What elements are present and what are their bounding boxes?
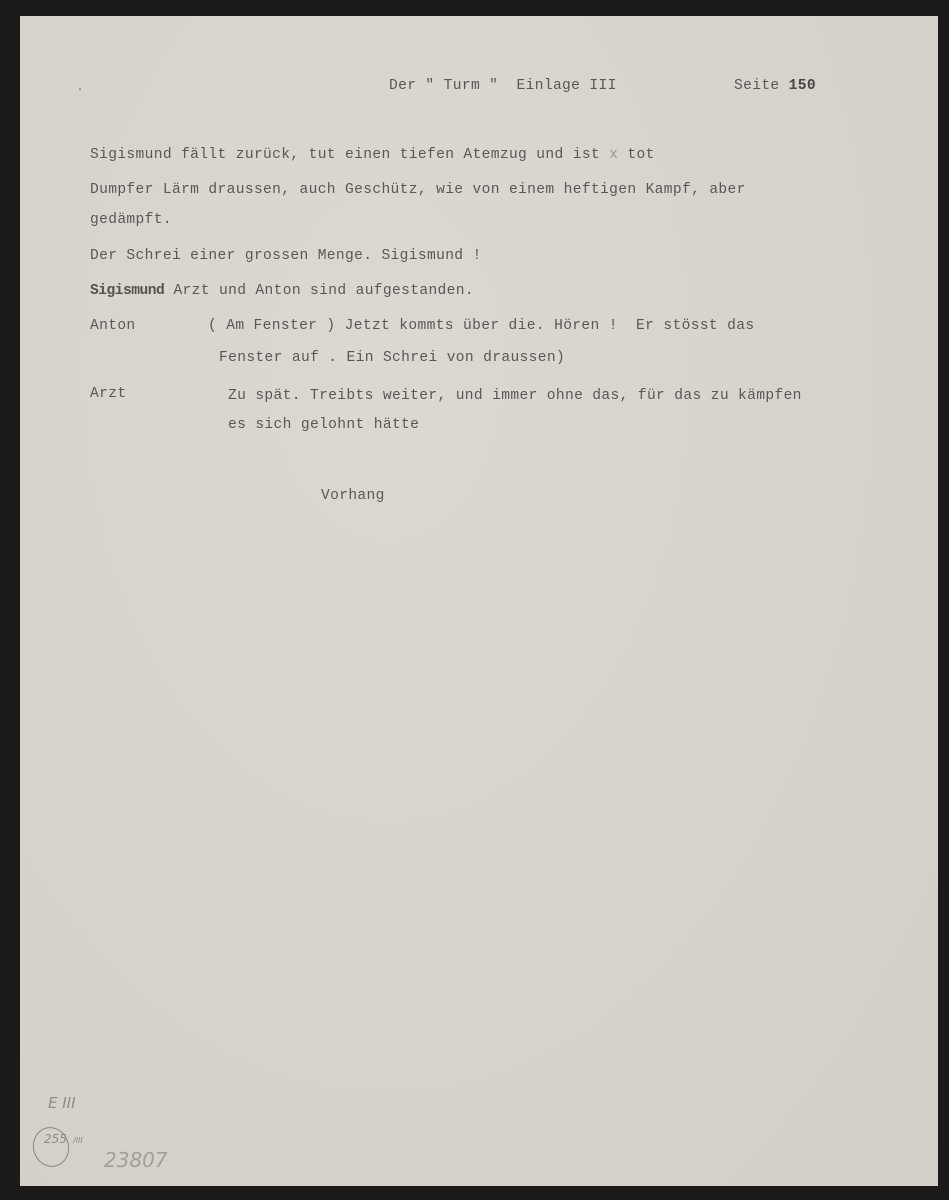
- overstruck-char: x: [609, 147, 618, 163]
- page-number: 150: [789, 78, 816, 94]
- dialogue-anton-line-2: Fenster auf . Ein Schrei von draussen): [219, 350, 565, 366]
- circled-number: 255: [44, 1132, 67, 1146]
- dialogue-arzt-line-2: es sich gelohnt hätte: [228, 417, 419, 433]
- paper-speck: [79, 88, 81, 90]
- speaker-anton: Anton: [90, 318, 136, 334]
- closing-vorhang: Vorhang: [321, 488, 385, 504]
- stage-direction-line-1: Sigismund fällt zurück, tut einen tiefen…: [90, 147, 655, 163]
- stage-direction-line-5: Sigismund Arzt und Anton sind aufgestand…: [90, 283, 474, 299]
- line-text-end: tot: [627, 147, 654, 163]
- page-header-page: Seite 150: [734, 78, 816, 94]
- circled-suffix: /III: [73, 1136, 83, 1145]
- archive-mark: E III: [48, 1094, 76, 1112]
- dialogue-anton-line-1: ( Am Fenster ) Jetzt kommts über die. Hö…: [208, 318, 754, 334]
- stage-direction-line-3: gedämpft.: [90, 212, 172, 228]
- dialogue-arzt-line-1: Zu spät. Treibts weiter, und immer ohne …: [228, 388, 802, 404]
- line-text: Arzt und Anton sind aufgestanden.: [173, 283, 474, 299]
- struck-out-word: Sigismund: [90, 283, 164, 299]
- speaker-arzt: Arzt: [90, 386, 126, 402]
- stage-direction-line-2: Dumpfer Lärm draussen, auch Geschütz, wi…: [90, 182, 746, 198]
- page-header-title: Der " Turm " Einlage III: [389, 78, 617, 94]
- stage-direction-line-4: Der Schrei einer grossen Menge. Sigismun…: [90, 248, 482, 264]
- page-label: Seite: [734, 78, 780, 94]
- inventory-number: 23807: [104, 1148, 168, 1172]
- line-text: Sigismund fällt zurück, tut einen tiefen…: [90, 147, 600, 163]
